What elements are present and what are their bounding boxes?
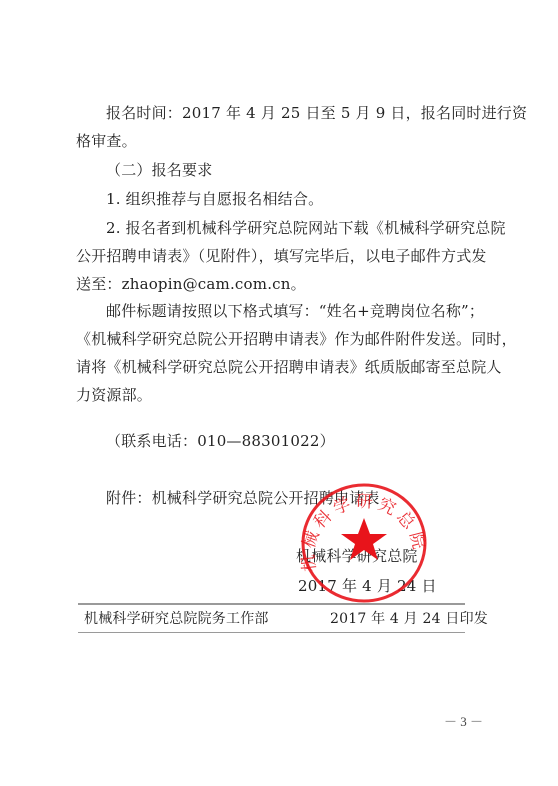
requirement-2-line2: 公开招聘申请表》（见附件），填写完毕后，以电子邮件方式发 bbox=[76, 246, 487, 266]
contact-phone: （联系电话：010—88301022） bbox=[106, 431, 335, 451]
footer-bottom-rule bbox=[78, 632, 465, 633]
footer-top-rule bbox=[78, 603, 465, 605]
page-number: － 3 － bbox=[444, 711, 483, 730]
section-heading-requirements: （二）报名要求 bbox=[106, 160, 212, 180]
requirement-1: 1. 组织推荐与自愿报名相结合。 bbox=[106, 189, 323, 209]
registration-time-line1: 报名时间：2017 年 4 月 25 日至 5 月 9 日，报名同时进行资 bbox=[106, 103, 527, 123]
mail-instructions-line3: 请将《机械科学研究总院公开招聘申请表》纸质版邮寄至总院人 bbox=[76, 357, 502, 377]
mail-instructions-line4: 力资源部。 bbox=[76, 385, 152, 405]
registration-time-line2: 格审查。 bbox=[76, 131, 137, 151]
official-seal: 机械科学研究总院 bbox=[300, 482, 428, 604]
requirement-2-line3: 送至：zhaopin@cam.com.cn。 bbox=[76, 274, 306, 294]
mail-instructions-line1: 邮件标题请按照以下格式填写：“姓名+竞聘岗位名称”； bbox=[106, 301, 484, 321]
mail-instructions-line2: 《机械科学研究总院公开招聘申请表》作为邮件附件发送。同时， bbox=[76, 329, 517, 349]
footer-issued-date: 2017 年 4 月 24 日印发 bbox=[330, 609, 488, 629]
requirement-2-line1: 2. 报名者到机械科学研究总院网站下载《机械科学研究总院 bbox=[106, 218, 506, 238]
star-icon bbox=[341, 518, 387, 560]
footer-issuer: 机械科学研究总院院务工作部 bbox=[84, 609, 269, 629]
